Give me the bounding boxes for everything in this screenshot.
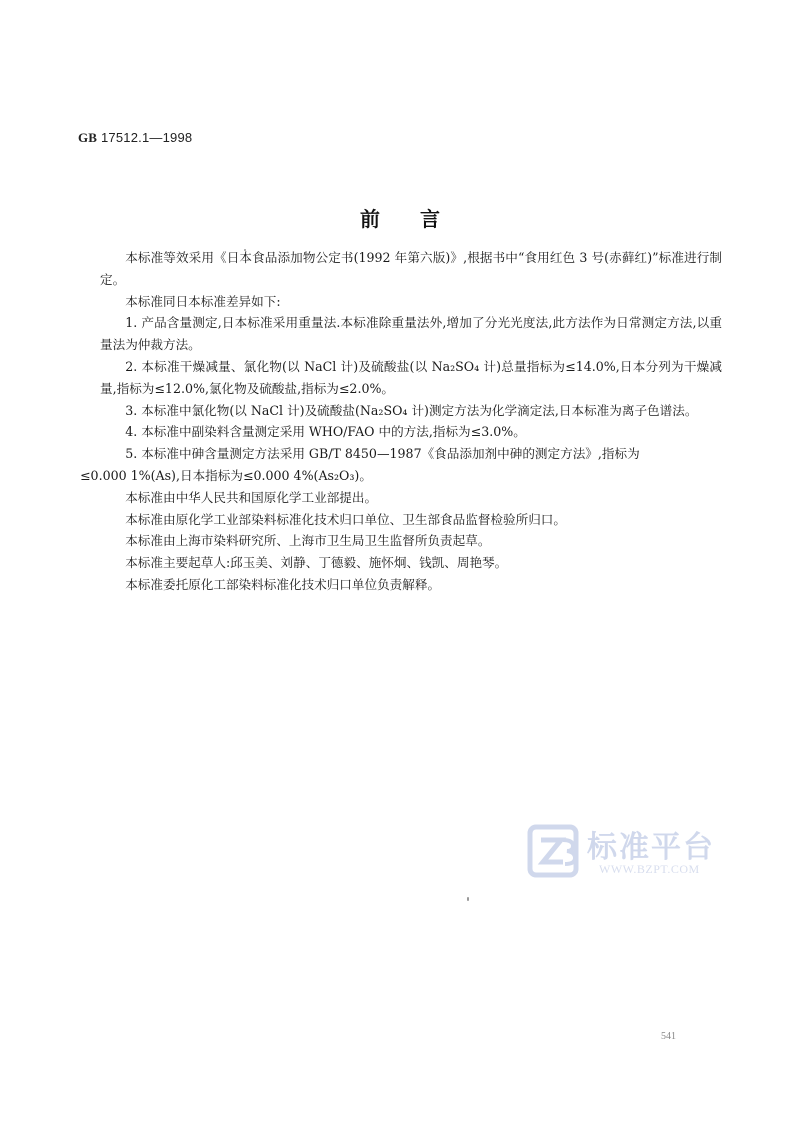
- paragraph-proposed-by: 本标准由中华人民共和国原化学工业部提出。: [100, 487, 722, 509]
- scan-speck: [356, 324, 358, 326]
- paragraph-differences-intro: 本标准同日本标准差异如下:: [100, 291, 722, 313]
- paragraph-difference-1: 1. 产品含量测定,日本标准采用重量法.本标准除重量法外,增加了分光光度法,此方…: [100, 312, 722, 356]
- scan-speck: [467, 897, 469, 901]
- scan-speck: [244, 249, 246, 251]
- foreword-body: 本标准等效采用《日本食品添加物公定书(1992 年第六版)》,根据书中“食用红色…: [100, 247, 722, 596]
- page-title: 前言: [0, 203, 800, 232]
- paragraph-difference-4: 4. 本标准中副染料含量测定采用 WHO/FAO 中的方法,指标为≤3.0%。: [100, 421, 722, 443]
- watermark: 标准平台 WWW.BZPT.COM: [527, 822, 737, 882]
- standard-number: 17512.1—1998: [101, 130, 192, 145]
- paragraph-drafters: 本标准主要起草人:邱玉美、刘静、丁德毅、施怀炯、钱凯、周艳琴。: [100, 552, 722, 574]
- page-number: 541: [661, 1031, 676, 1042]
- paragraph-managed-by: 本标准由原化学工业部染料标准化技术归口单位、卫生部食品监督检验所归口。: [100, 509, 722, 531]
- paragraph-difference-5: 5. 本标准中砷含量测定方法采用 GB/T 8450—1987《食品添加剂中砷的…: [100, 443, 722, 465]
- paragraph-interpretation: 本标准委托原化工部染料标准化技术归口单位负责解释。: [100, 574, 722, 596]
- paragraph-difference-2: 2. 本标准干燥减量、氯化物(以 NaCl 计)及硫酸盐(以 Na₂SO₄ 计)…: [100, 356, 722, 400]
- paragraph-drafted-by: 本标准由上海市染料研究所、上海市卫生局卫生监督所负责起草。: [100, 530, 722, 552]
- standard-code: GB 17512.1—1998: [78, 130, 192, 146]
- paragraph-difference-5-cont: ≤0.000 1%(As),日本指标为≤0.000 4%(As₂O₃)。: [80, 465, 722, 487]
- paragraph-difference-3: 3. 本标准中氯化物(以 NaCl 计)及硫酸盐(Na₂SO₄ 计)测定方法为化…: [100, 400, 722, 422]
- standard-prefix: GB: [78, 130, 97, 145]
- watermark-name: 标准平台: [587, 822, 715, 866]
- paragraph-adoption: 本标准等效采用《日本食品添加物公定书(1992 年第六版)》,根据书中“食用红色…: [100, 247, 722, 291]
- bzpt-logo-icon: [527, 824, 579, 878]
- watermark-url: WWW.BZPT.COM: [599, 862, 700, 877]
